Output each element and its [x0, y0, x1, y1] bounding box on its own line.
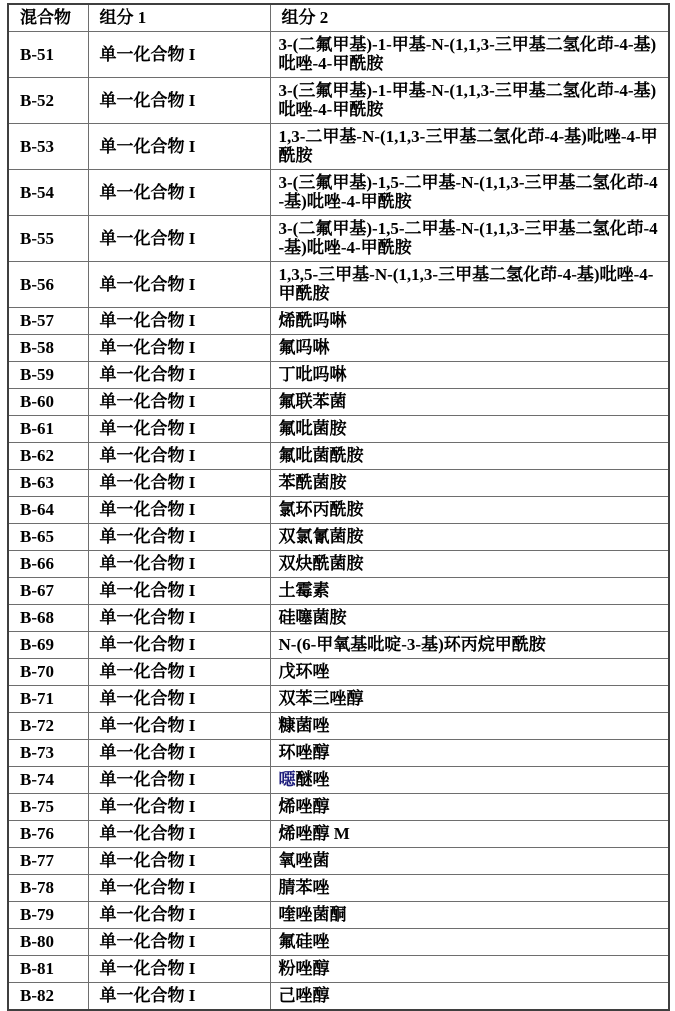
table-row: B-54单一化合物 I3-(三氟甲基)-1,5-二甲基-N-(1,1,3-三甲基…	[8, 170, 669, 216]
component1-cell: 单一化合物 I	[88, 216, 270, 262]
mixture-id-cell: B-62	[8, 443, 88, 470]
table-header-row: 混合物 组分 1 组分 2	[8, 4, 669, 32]
mixture-id-cell: B-57	[8, 308, 88, 335]
mixture-id-cell: B-82	[8, 983, 88, 1011]
table-row: B-70单一化合物 I戊环唑	[8, 659, 669, 686]
component2-cell: 糠菌唑	[270, 713, 669, 740]
mixture-id-cell: B-78	[8, 875, 88, 902]
component1-cell: 单一化合物 I	[88, 389, 270, 416]
mixture-id-cell: B-72	[8, 713, 88, 740]
component2-cell: 双苯三唑醇	[270, 686, 669, 713]
column-header-component-2: 组分 2	[270, 4, 669, 32]
component1-cell: 单一化合物 I	[88, 767, 270, 794]
table-row: B-59单一化合物 I丁吡吗啉	[8, 362, 669, 389]
mixture-id-cell: B-73	[8, 740, 88, 767]
component2-cell: 3-(二氟甲基)-1-甲基-N-(1,1,3-三甲基二氢化茚-4-基)吡唑-4-…	[270, 32, 669, 78]
component1-cell: 单一化合物 I	[88, 713, 270, 740]
component2-cell: 噁醚唑	[270, 767, 669, 794]
table-body: B-51单一化合物 I3-(二氟甲基)-1-甲基-N-(1,1,3-三甲基二氢化…	[8, 32, 669, 1011]
table-row: B-79单一化合物 I喹唑菌酮	[8, 902, 669, 929]
table-row: B-75单一化合物 I烯唑醇	[8, 794, 669, 821]
component2-cell: 双炔酰菌胺	[270, 551, 669, 578]
mixture-id-cell: B-55	[8, 216, 88, 262]
mixture-id-cell: B-81	[8, 956, 88, 983]
component2-cell: 1,3,5-三甲基-N-(1,1,3-三甲基二氢化茚-4-基)吡唑-4-甲酰胺	[270, 262, 669, 308]
component1-cell: 单一化合物 I	[88, 848, 270, 875]
component2-cell: 烯唑醇 M	[270, 821, 669, 848]
mixture-id-cell: B-74	[8, 767, 88, 794]
component1-cell: 单一化合物 I	[88, 632, 270, 659]
component1-cell: 单一化合物 I	[88, 740, 270, 767]
table-row: B-60单一化合物 I氟联苯菌	[8, 389, 669, 416]
component2-cell: 氯环丙酰胺	[270, 497, 669, 524]
component1-cell: 单一化合物 I	[88, 605, 270, 632]
patent-document-page: 混合物 组分 1 组分 2 B-51单一化合物 I3-(二氟甲基)-1-甲基-N…	[0, 0, 675, 1000]
mixture-id-cell: B-68	[8, 605, 88, 632]
mixture-id-cell: B-56	[8, 262, 88, 308]
component1-cell: 单一化合物 I	[88, 686, 270, 713]
component2-cell: 氟吡菌酰胺	[270, 443, 669, 470]
component2-cell: 氟吗啉	[270, 335, 669, 362]
component1-cell: 单一化合物 I	[88, 551, 270, 578]
mixture-id-cell: B-77	[8, 848, 88, 875]
table-row: B-62单一化合物 I氟吡菌酰胺	[8, 443, 669, 470]
component1-cell: 单一化合物 I	[88, 983, 270, 1011]
component1-cell: 单一化合物 I	[88, 875, 270, 902]
mixture-id-cell: B-71	[8, 686, 88, 713]
component2-cell: 烯唑醇	[270, 794, 669, 821]
component2-cell: 苯酰菌胺	[270, 470, 669, 497]
table-row: B-78单一化合物 I腈苯唑	[8, 875, 669, 902]
component2-cell: 1,3-二甲基-N-(1,1,3-三甲基二氢化茚-4-基)吡唑-4-甲酰胺	[270, 124, 669, 170]
mixture-id-cell: B-69	[8, 632, 88, 659]
component2-cell: 己唑醇	[270, 983, 669, 1011]
component1-cell: 单一化合物 I	[88, 929, 270, 956]
component1-cell: 单一化合物 I	[88, 902, 270, 929]
component1-cell: 单一化合物 I	[88, 443, 270, 470]
component1-cell: 单一化合物 I	[88, 262, 270, 308]
mixture-id-cell: B-54	[8, 170, 88, 216]
table-row: B-52单一化合物 I3-(三氟甲基)-1-甲基-N-(1,1,3-三甲基二氢化…	[8, 78, 669, 124]
component1-cell: 单一化合物 I	[88, 416, 270, 443]
mixture-id-cell: B-65	[8, 524, 88, 551]
table-row: B-71单一化合物 I双苯三唑醇	[8, 686, 669, 713]
mixture-id-cell: B-64	[8, 497, 88, 524]
mixture-id-cell: B-66	[8, 551, 88, 578]
table-row: B-57单一化合物 I烯酰吗啉	[8, 308, 669, 335]
table-row: B-81单一化合物 I粉唑醇	[8, 956, 669, 983]
component2-cell: 环唑醇	[270, 740, 669, 767]
component1-cell: 单一化合物 I	[88, 659, 270, 686]
component1-cell: 单一化合物 I	[88, 170, 270, 216]
table-row: B-67单一化合物 I土霉素	[8, 578, 669, 605]
table-row: B-58单一化合物 I氟吗啉	[8, 335, 669, 362]
component1-cell: 单一化合物 I	[88, 362, 270, 389]
mixtures-table: 混合物 组分 1 组分 2 B-51单一化合物 I3-(二氟甲基)-1-甲基-N…	[7, 3, 670, 1011]
mixture-id-cell: B-63	[8, 470, 88, 497]
table-row: B-65单一化合物 I双氯氰菌胺	[8, 524, 669, 551]
mixture-id-cell: B-51	[8, 32, 88, 78]
component1-cell: 单一化合物 I	[88, 524, 270, 551]
mixture-id-cell: B-53	[8, 124, 88, 170]
table-row: B-66单一化合物 I双炔酰菌胺	[8, 551, 669, 578]
component2-cell: 粉唑醇	[270, 956, 669, 983]
table-row: B-53单一化合物 I1,3-二甲基-N-(1,1,3-三甲基二氢化茚-4-基)…	[8, 124, 669, 170]
table-row: B-73单一化合物 I环唑醇	[8, 740, 669, 767]
table-row: B-63单一化合物 I苯酰菌胺	[8, 470, 669, 497]
component2-cell: 硅噻菌胺	[270, 605, 669, 632]
component2-cell: 土霉素	[270, 578, 669, 605]
table-row: B-76单一化合物 I烯唑醇 M	[8, 821, 669, 848]
mixture-id-cell: B-76	[8, 821, 88, 848]
column-header-component-1: 组分 1	[88, 4, 270, 32]
table-row: B-69单一化合物 IN-(6-甲氧基吡啶-3-基)环丙烷甲酰胺	[8, 632, 669, 659]
component1-cell: 单一化合物 I	[88, 78, 270, 124]
component2-cell: 氟联苯菌	[270, 389, 669, 416]
mixture-id-cell: B-79	[8, 902, 88, 929]
component1-cell: 单一化合物 I	[88, 578, 270, 605]
component2-cell: 氧唑菌	[270, 848, 669, 875]
component2-cell: 氟硅唑	[270, 929, 669, 956]
mixture-id-cell: B-75	[8, 794, 88, 821]
table-row: B-61单一化合物 I氟吡菌胺	[8, 416, 669, 443]
component2-text: 醚唑	[296, 770, 330, 789]
colored-character: 噁	[279, 770, 296, 789]
mixture-id-cell: B-60	[8, 389, 88, 416]
component1-cell: 单一化合物 I	[88, 32, 270, 78]
component2-cell: 双氯氰菌胺	[270, 524, 669, 551]
table-row: B-56单一化合物 I1,3,5-三甲基-N-(1,1,3-三甲基二氢化茚-4-…	[8, 262, 669, 308]
component2-cell: 丁吡吗啉	[270, 362, 669, 389]
mixture-id-cell: B-61	[8, 416, 88, 443]
mixture-id-cell: B-52	[8, 78, 88, 124]
table-row: B-74单一化合物 I噁醚唑	[8, 767, 669, 794]
mixture-id-cell: B-67	[8, 578, 88, 605]
table-row: B-72单一化合物 I糠菌唑	[8, 713, 669, 740]
component2-cell: 腈苯唑	[270, 875, 669, 902]
component1-cell: 单一化合物 I	[88, 335, 270, 362]
component1-cell: 单一化合物 I	[88, 308, 270, 335]
table-row: B-55单一化合物 I3-(二氟甲基)-1,5-二甲基-N-(1,1,3-三甲基…	[8, 216, 669, 262]
mixture-id-cell: B-58	[8, 335, 88, 362]
component2-cell: 烯酰吗啉	[270, 308, 669, 335]
component1-cell: 单一化合物 I	[88, 794, 270, 821]
component2-cell: 3-(三氟甲基)-1-甲基-N-(1,1,3-三甲基二氢化茚-4-基)吡唑-4-…	[270, 78, 669, 124]
table-row: B-51单一化合物 I3-(二氟甲基)-1-甲基-N-(1,1,3-三甲基二氢化…	[8, 32, 669, 78]
table-row: B-77单一化合物 I氧唑菌	[8, 848, 669, 875]
component1-cell: 单一化合物 I	[88, 497, 270, 524]
table-row: B-80单一化合物 I氟硅唑	[8, 929, 669, 956]
table-row: B-82单一化合物 I己唑醇	[8, 983, 669, 1011]
component1-cell: 单一化合物 I	[88, 956, 270, 983]
table-row: B-68单一化合物 I硅噻菌胺	[8, 605, 669, 632]
component2-cell: 喹唑菌酮	[270, 902, 669, 929]
mixture-id-cell: B-80	[8, 929, 88, 956]
component2-cell: 氟吡菌胺	[270, 416, 669, 443]
table-row: B-64单一化合物 I氯环丙酰胺	[8, 497, 669, 524]
component1-cell: 单一化合物 I	[88, 821, 270, 848]
component2-cell: 3-(三氟甲基)-1,5-二甲基-N-(1,1,3-三甲基二氢化茚-4-基)吡唑…	[270, 170, 669, 216]
mixture-id-cell: B-59	[8, 362, 88, 389]
component1-cell: 单一化合物 I	[88, 470, 270, 497]
component2-cell: 戊环唑	[270, 659, 669, 686]
mixture-id-cell: B-70	[8, 659, 88, 686]
component2-cell: N-(6-甲氧基吡啶-3-基)环丙烷甲酰胺	[270, 632, 669, 659]
component2-cell: 3-(二氟甲基)-1,5-二甲基-N-(1,1,3-三甲基二氢化茚-4-基)吡唑…	[270, 216, 669, 262]
column-header-mixture: 混合物	[8, 4, 88, 32]
component1-cell: 单一化合物 I	[88, 124, 270, 170]
